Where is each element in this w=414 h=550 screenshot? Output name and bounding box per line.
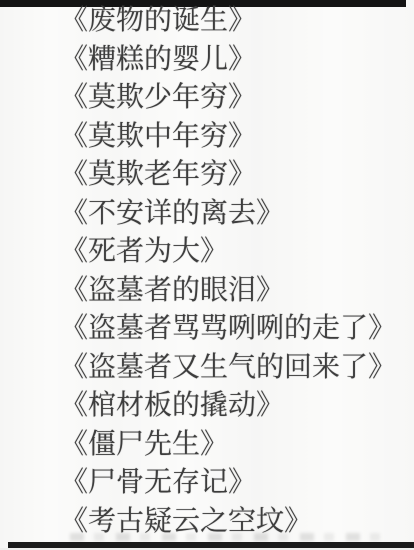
title-line: 《尸骨无存记》 — [0, 463, 414, 502]
title-line: 《废物的诞生》 — [0, 1, 414, 40]
title-line: 《糟糕的婴儿》 — [0, 40, 414, 79]
title-line: 《死者为大》 — [0, 232, 414, 271]
title-line: 《莫欺中年穷》 — [0, 117, 414, 156]
title-line: 《僵尸先生》 — [0, 425, 414, 464]
title-line: 《棺材板的撬动》 — [0, 386, 414, 425]
title-line: 《盗墓者又生气的回来了》 — [0, 348, 414, 387]
cropped-text-smudge — [70, 533, 380, 541]
title-line: 《不安详的离去》 — [0, 194, 414, 233]
title-line: 《莫欺少年穷》 — [0, 78, 414, 117]
title-line: 《盗墓者的眼泪》 — [0, 271, 414, 310]
title-line: 《盗墓者骂骂咧咧的走了》 — [0, 309, 414, 348]
title-line: 《莫欺老年穷》 — [0, 155, 414, 194]
title-list: 《废物的诞生》 《糟糕的婴儿》 《莫欺少年穷》 《莫欺中年穷》 《莫欺老年穷》 … — [0, 1, 414, 540]
